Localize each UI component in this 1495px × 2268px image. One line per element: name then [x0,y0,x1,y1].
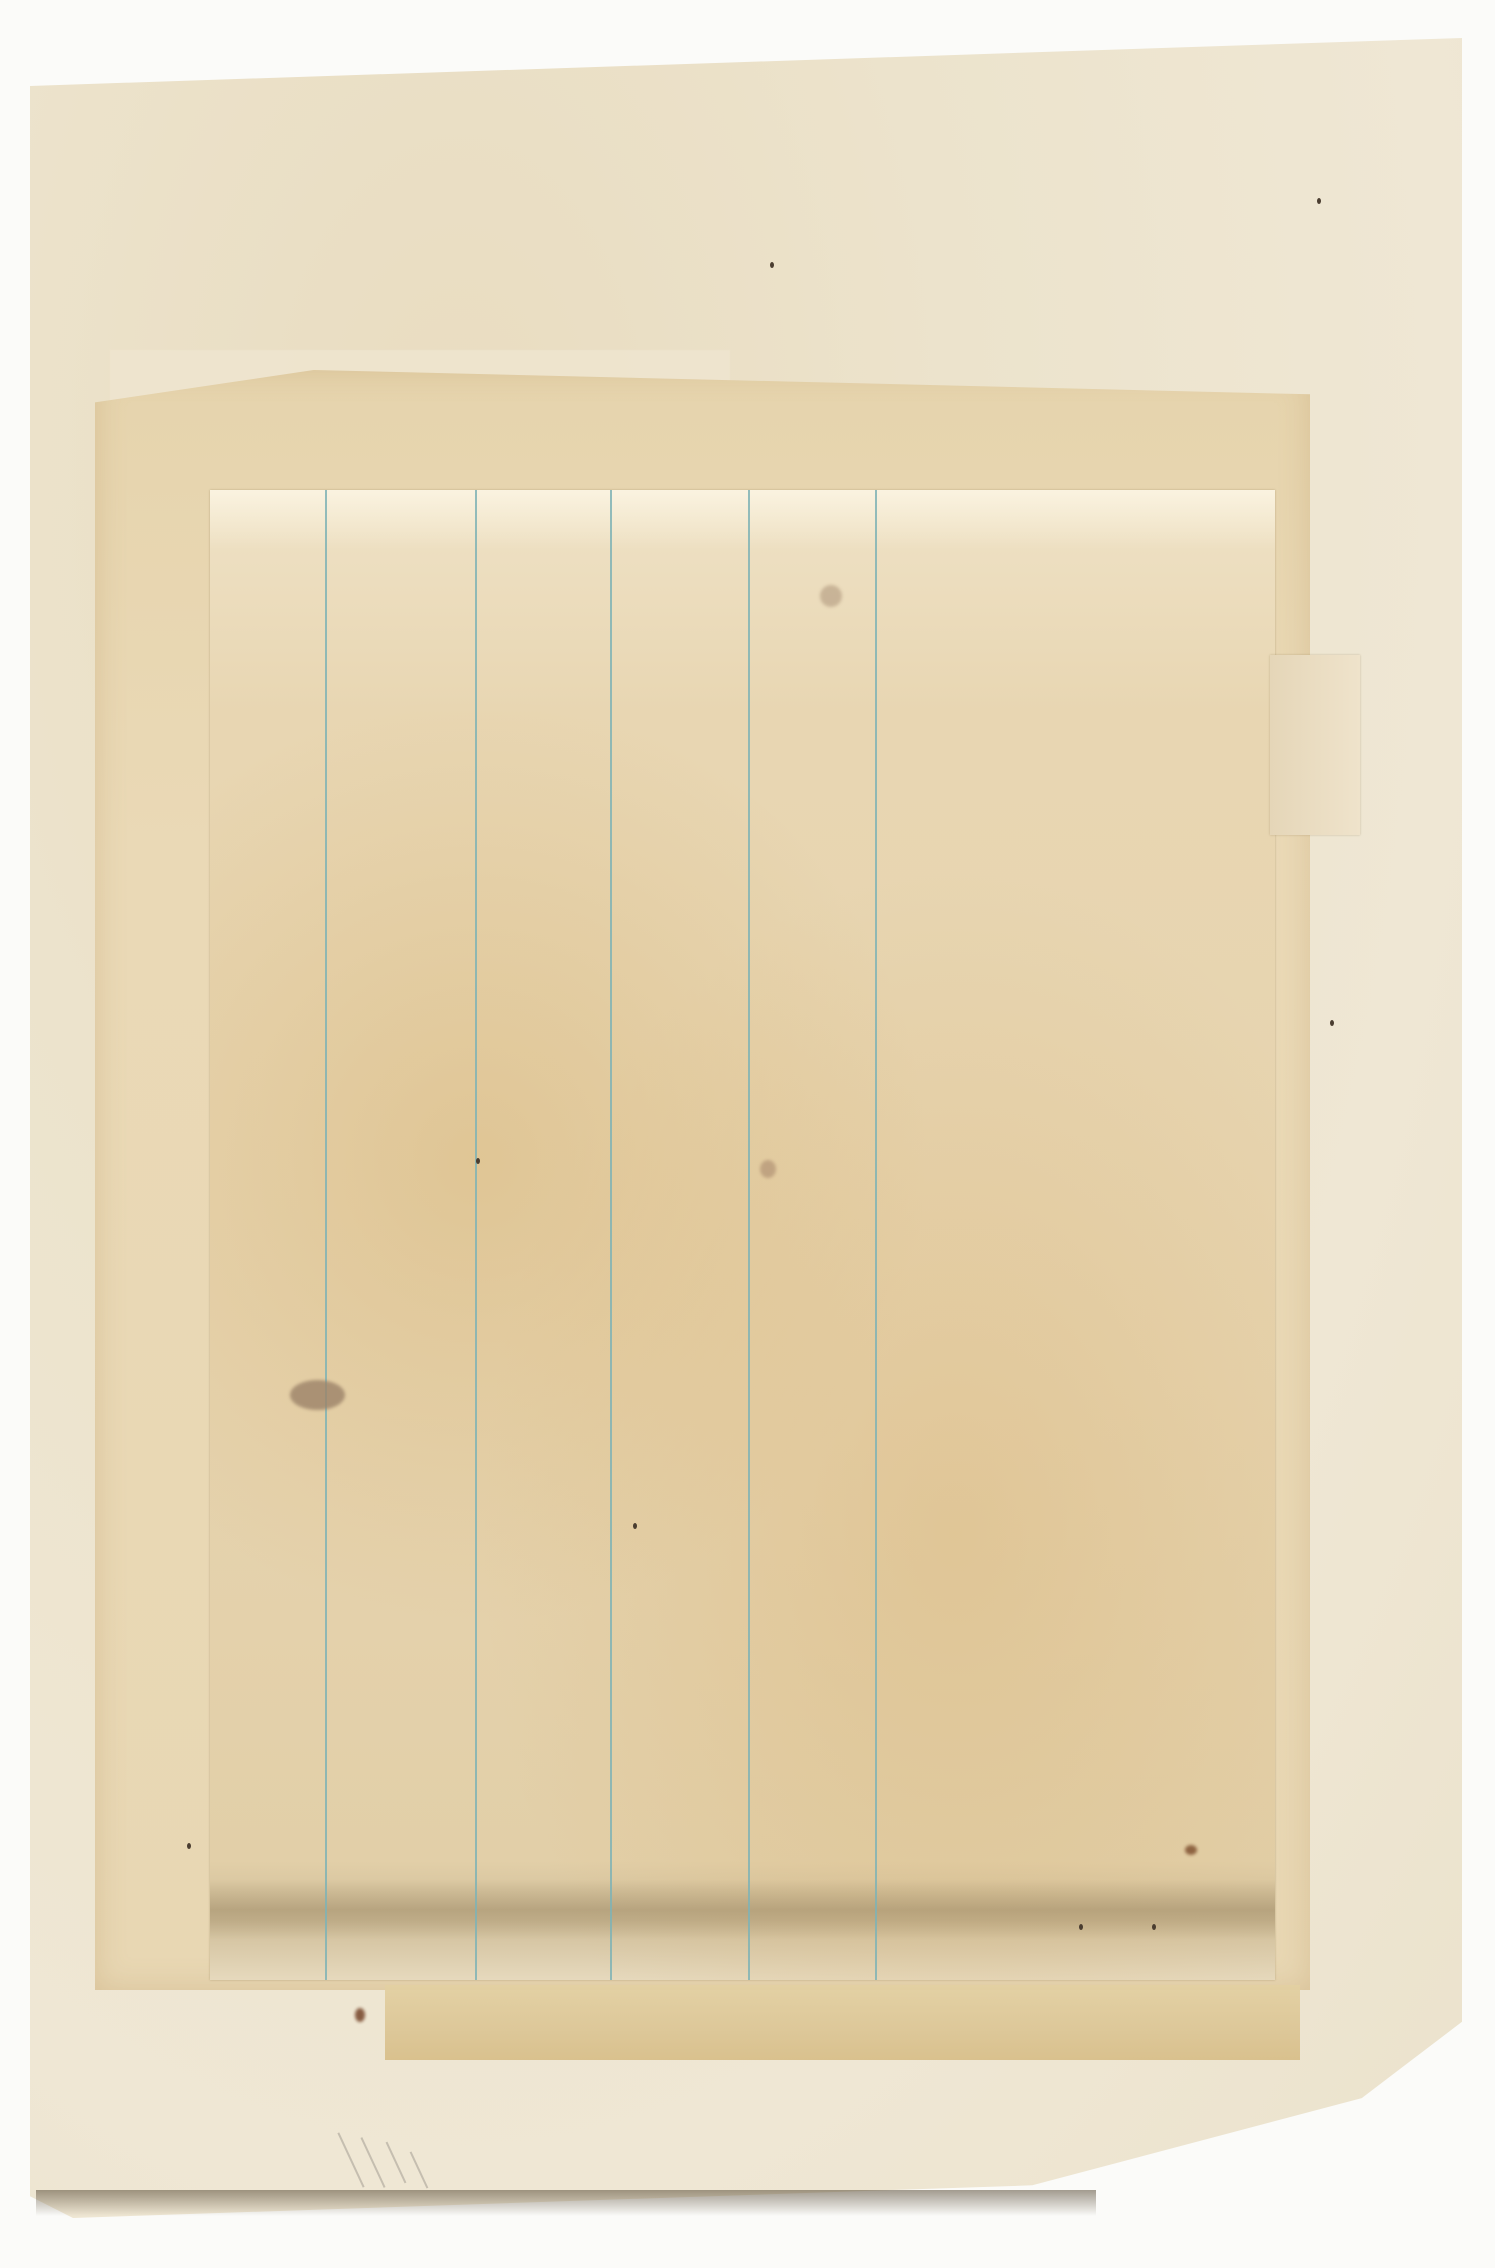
ruled-line [748,490,750,1980]
stain [760,1160,776,1178]
top-crease [210,490,1275,550]
speck [476,1158,480,1164]
stain [1185,1845,1197,1855]
card-shadow [36,2190,1096,2216]
bottom-wrinkle [210,1880,1275,1940]
right-tab [1270,655,1360,835]
speck [770,262,774,268]
speck [633,1523,637,1529]
stain [290,1380,345,1410]
speck [1079,1924,1083,1930]
ruled-sheet [210,490,1275,1980]
ruled-line [475,490,477,1980]
ruled-line [875,490,877,1980]
stain [355,2008,365,2022]
speck [1152,1924,1156,1930]
speck [1317,198,1321,204]
speck [187,1843,191,1849]
ruled-line [325,490,327,1980]
speck [1330,1020,1334,1026]
ruled-line [610,490,612,1980]
tape-bottom [385,1985,1300,2060]
stain [820,585,842,607]
